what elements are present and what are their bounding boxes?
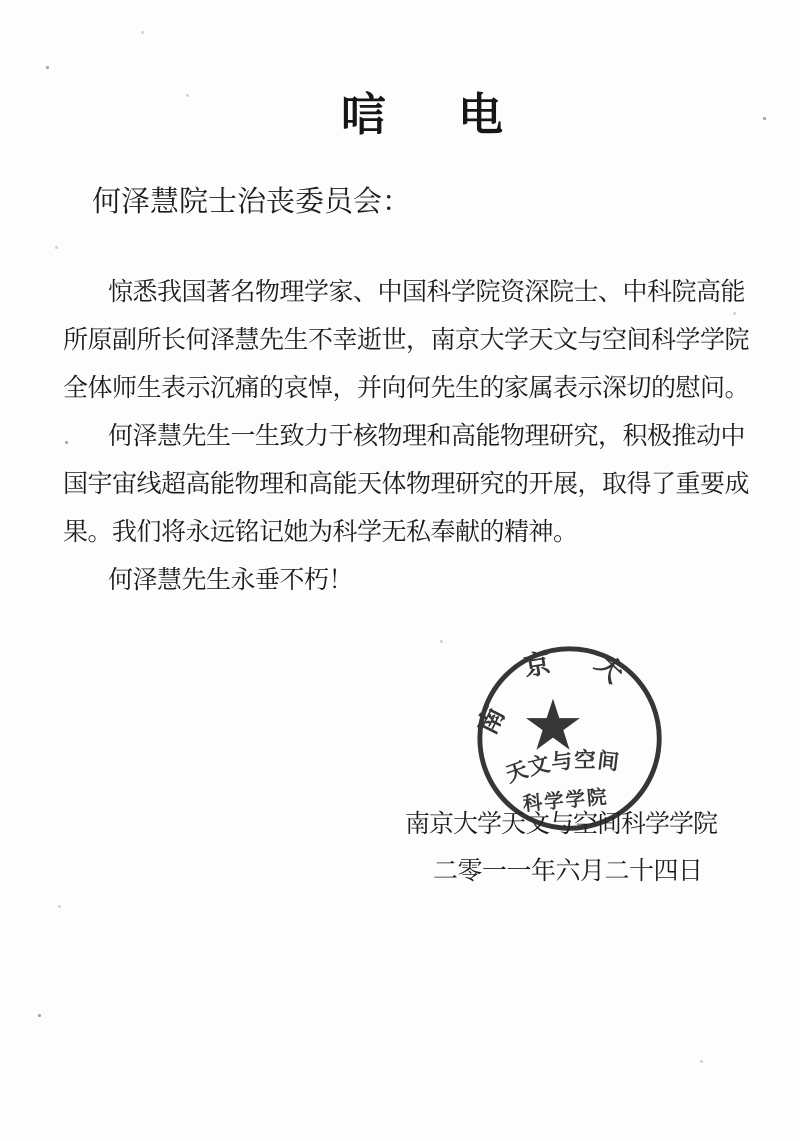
seal-inner-line2: 科学学院 — [522, 785, 609, 815]
scan-speck — [186, 94, 189, 97]
scan-speck — [65, 441, 68, 444]
scan-speck — [141, 31, 144, 34]
scan-speck — [733, 312, 736, 315]
scanned-document-page: 唁 电 何泽慧院士治丧委员会： 惊悉我国著名物理学家、中国科学院资深院士、中科院… — [0, 0, 800, 1141]
scan-speck — [58, 905, 61, 908]
title-char: 唁 — [341, 78, 386, 143]
svg-text:天文与空间: 天文与空间 — [503, 747, 621, 787]
scan-speck — [46, 66, 49, 69]
body-line: 全体师生表示沉痛的哀悼，并向何先生的家属表示深切的慰问。 — [63, 365, 742, 413]
document-title: 唁 电 — [22, 78, 800, 143]
official-seal: 南京大学 天文与空间 科学学院 — [474, 643, 669, 838]
scan-speck — [700, 1060, 703, 1063]
scan-speck — [55, 246, 58, 249]
body-text: 惊悉我国著名物理学家、中国科学院资深院士、中科院高能 所原副所长何泽慧先生不幸逝… — [63, 269, 742, 605]
body-line: 何泽慧先生永垂不朽！ — [63, 557, 742, 605]
body-line: 果。我们将永远铭记她为科学无私奉献的精神。 — [63, 509, 742, 557]
signature-date: 二零一一年六月二十四日 — [433, 851, 703, 887]
body-line: 惊悉我国著名物理学家、中国科学院资深院士、中科院高能 — [63, 269, 742, 317]
body-line: 何泽慧先生一生致力于核物理和高能物理研究，积极推动中 — [63, 413, 742, 461]
scan-speck — [763, 117, 766, 120]
body-line: 所原副所长何泽慧先生不幸逝世，南京大学天文与空间科学学院 — [63, 317, 742, 365]
body-line: 国宇宙线超高能物理和高能天体物理研究的开展，取得了重要成 — [63, 461, 742, 509]
seal-inner-line1: 天文与空间 — [503, 747, 621, 787]
title-char: 电 — [458, 78, 503, 143]
scan-speck — [38, 1014, 41, 1017]
scan-speck — [440, 640, 443, 643]
star-icon — [526, 699, 580, 750]
salutation-line: 何泽慧院士治丧委员会： — [92, 179, 411, 220]
